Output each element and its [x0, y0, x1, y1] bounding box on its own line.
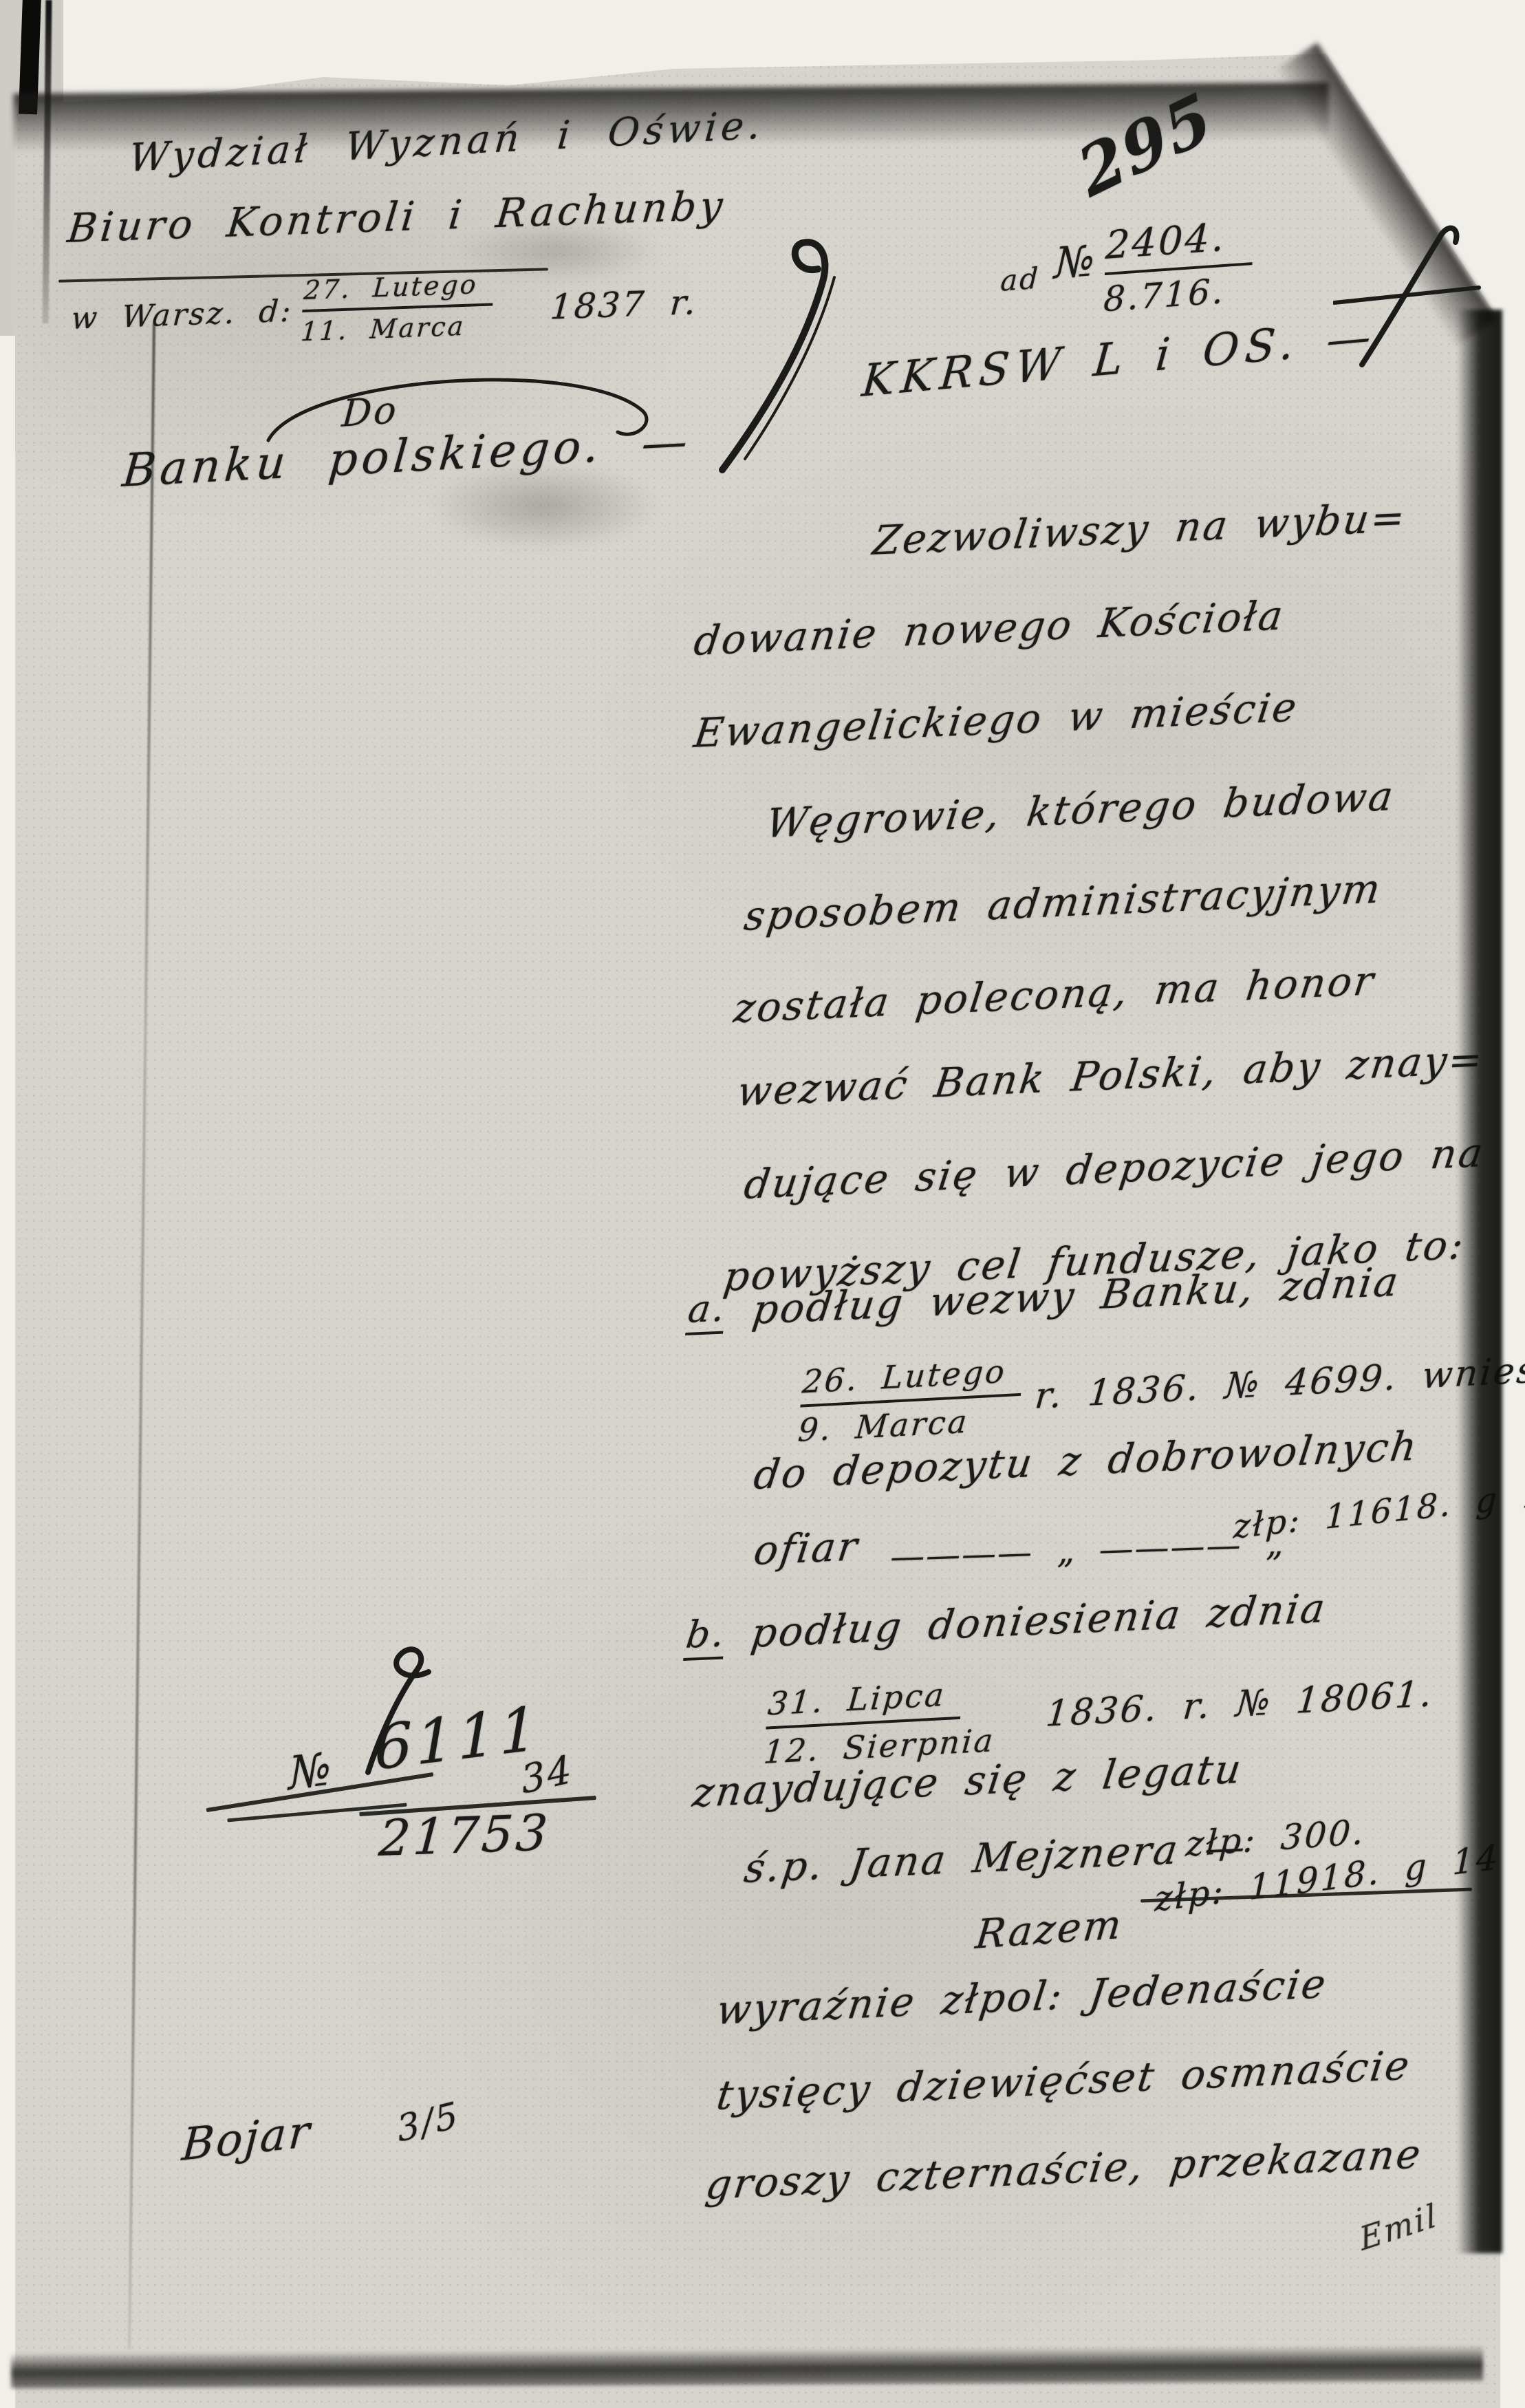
reference-number-fraction: 2404. 8.716.: [1103, 213, 1254, 320]
date-year: 1837 r.: [549, 282, 699, 327]
reference-numerator: 2404.: [1104, 213, 1253, 275]
dual-calendar-date: 31. Lipca 12. Sierpnia: [762, 1673, 1001, 1771]
date-gregorian: 11. Marca: [300, 307, 467, 347]
dual-calendar-date: 26. Lutego 9. Marca: [797, 1351, 1024, 1449]
date-julian: 27. Lutego: [302, 268, 495, 312]
item-a-date: 26. Lutego 9. Marca: [797, 1351, 1024, 1449]
dual-calendar-date: 27. Lutego 11. Marca: [300, 268, 495, 347]
reference-denominator: 8.716.: [1103, 267, 1226, 320]
binding-ink-mark: [19, 0, 41, 114]
item-a-marker: a.: [685, 1286, 729, 1335]
recipient-to-label: Do: [340, 388, 400, 436]
reference-number-block: ad № 2404. 8.716.: [999, 213, 1254, 327]
item-a-line: ofiar: [751, 1523, 862, 1574]
date-place-prefix: w Warsz. d:: [70, 294, 294, 336]
item-b-date: 31. Lipca 12. Sierpnia: [762, 1673, 1001, 1771]
ad-label: ad: [999, 261, 1041, 298]
scanned-document-page: Wydział Wyznań i Oświe. Biuro Kontroli i…: [0, 0, 1525, 2408]
item-b-marker: b.: [683, 1611, 729, 1661]
numero-symbol: №: [1054, 235, 1098, 289]
margin-number-denominator: 21753: [377, 1803, 552, 1867]
